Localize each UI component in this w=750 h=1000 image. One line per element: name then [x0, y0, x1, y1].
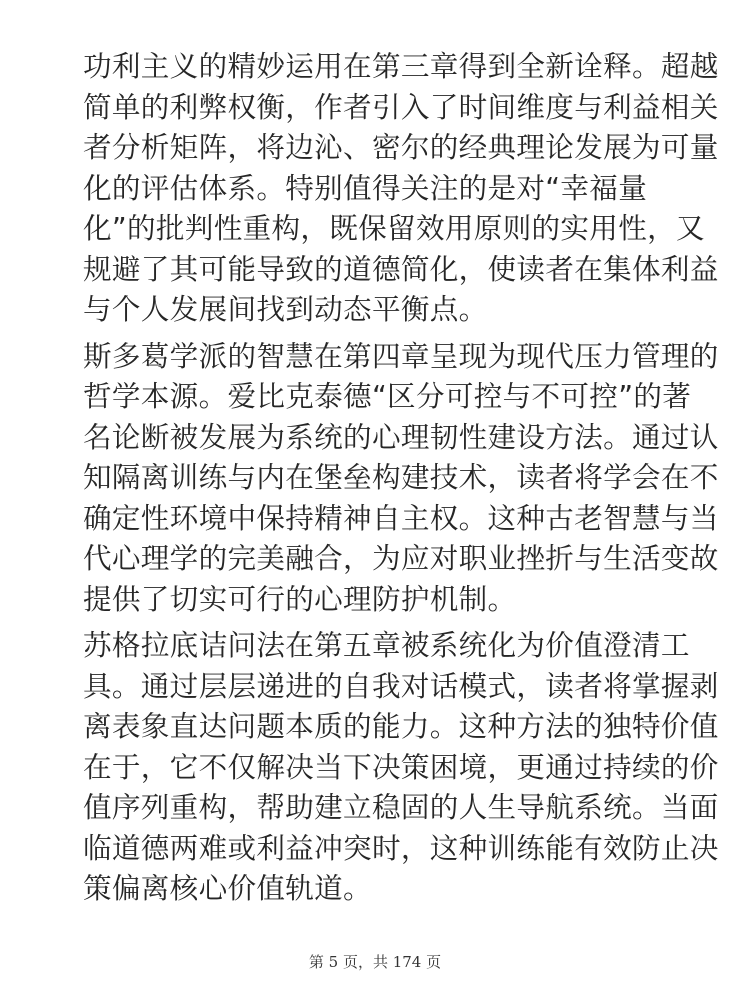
text-line: 苏格拉底诘问法在第五章被系统化为价值澄清工 — [83, 625, 667, 666]
text-line: 名论断被发展为系统的心理韧性建设方法。通过认 — [83, 417, 667, 458]
text-line: 斯多葛学派的智慧在第四章呈现为现代压力管理的 — [83, 336, 667, 377]
document-body: 功利主义的精妙运用在第三章得到全新诠释。超越 简单的利弊权衡，作者引入了时间维度… — [83, 46, 667, 915]
text-line: 化”的批判性重构，既保留效用原则的实用性，又 — [83, 208, 667, 249]
text-line: 者分析矩阵，将边沁、密尔的经典理论发展为可量 — [83, 127, 667, 168]
text-line: 代心理学的完美融合，为应对职业挫折与生活变故 — [83, 538, 667, 579]
text-line: 知隔离训练与内在堡垒构建技术，读者将学会在不 — [83, 457, 667, 498]
paragraph-stoicism: 斯多葛学派的智慧在第四章呈现为现代压力管理的 哲学本源。爱比克泰德“区分可控与不… — [83, 336, 667, 620]
text-line: 简单的利弊权衡，作者引入了时间维度与利益相关 — [83, 87, 667, 128]
text-line: 在于，它不仅解决当下决策困境，更通过持续的价 — [83, 747, 667, 788]
text-line: 临道德两难或利益冲突时，这种训练能有效防止决 — [83, 828, 667, 869]
text-line: 化的评估体系。特别值得关注的是对“幸福量 — [83, 168, 667, 209]
paragraph-utilitarianism: 功利主义的精妙运用在第三章得到全新诠释。超越 简单的利弊权衡，作者引入了时间维度… — [83, 46, 667, 330]
paragraph-socratic-method: 苏格拉底诘问法在第五章被系统化为价值澄清工 具。通过层层递进的自我对话模式，读者… — [83, 625, 667, 909]
text-line: 策偏离核心价值轨道。 — [83, 868, 667, 909]
text-line: 提供了切实可行的心理防护机制。 — [83, 579, 667, 620]
text-line: 确定性环境中保持精神自主权。这种古老智慧与当 — [83, 498, 667, 539]
text-line: 与个人发展间找到动态平衡点。 — [83, 289, 667, 330]
page-number-footer: 第 5 页，共 174 页 — [0, 951, 750, 973]
text-line: 哲学本源。爱比克泰德“区分可控与不可控”的著 — [83, 376, 667, 417]
text-line: 值序列重构，帮助建立稳固的人生导航系统。当面 — [83, 787, 667, 828]
text-line: 具。通过层层递进的自我对话模式，读者将掌握剥 — [83, 666, 667, 707]
text-line: 功利主义的精妙运用在第三章得到全新诠释。超越 — [83, 46, 667, 87]
text-line: 规避了其可能导致的道德简化，使读者在集体利益 — [83, 249, 667, 290]
text-line: 离表象直达问题本质的能力。这种方法的独特价值 — [83, 706, 667, 747]
